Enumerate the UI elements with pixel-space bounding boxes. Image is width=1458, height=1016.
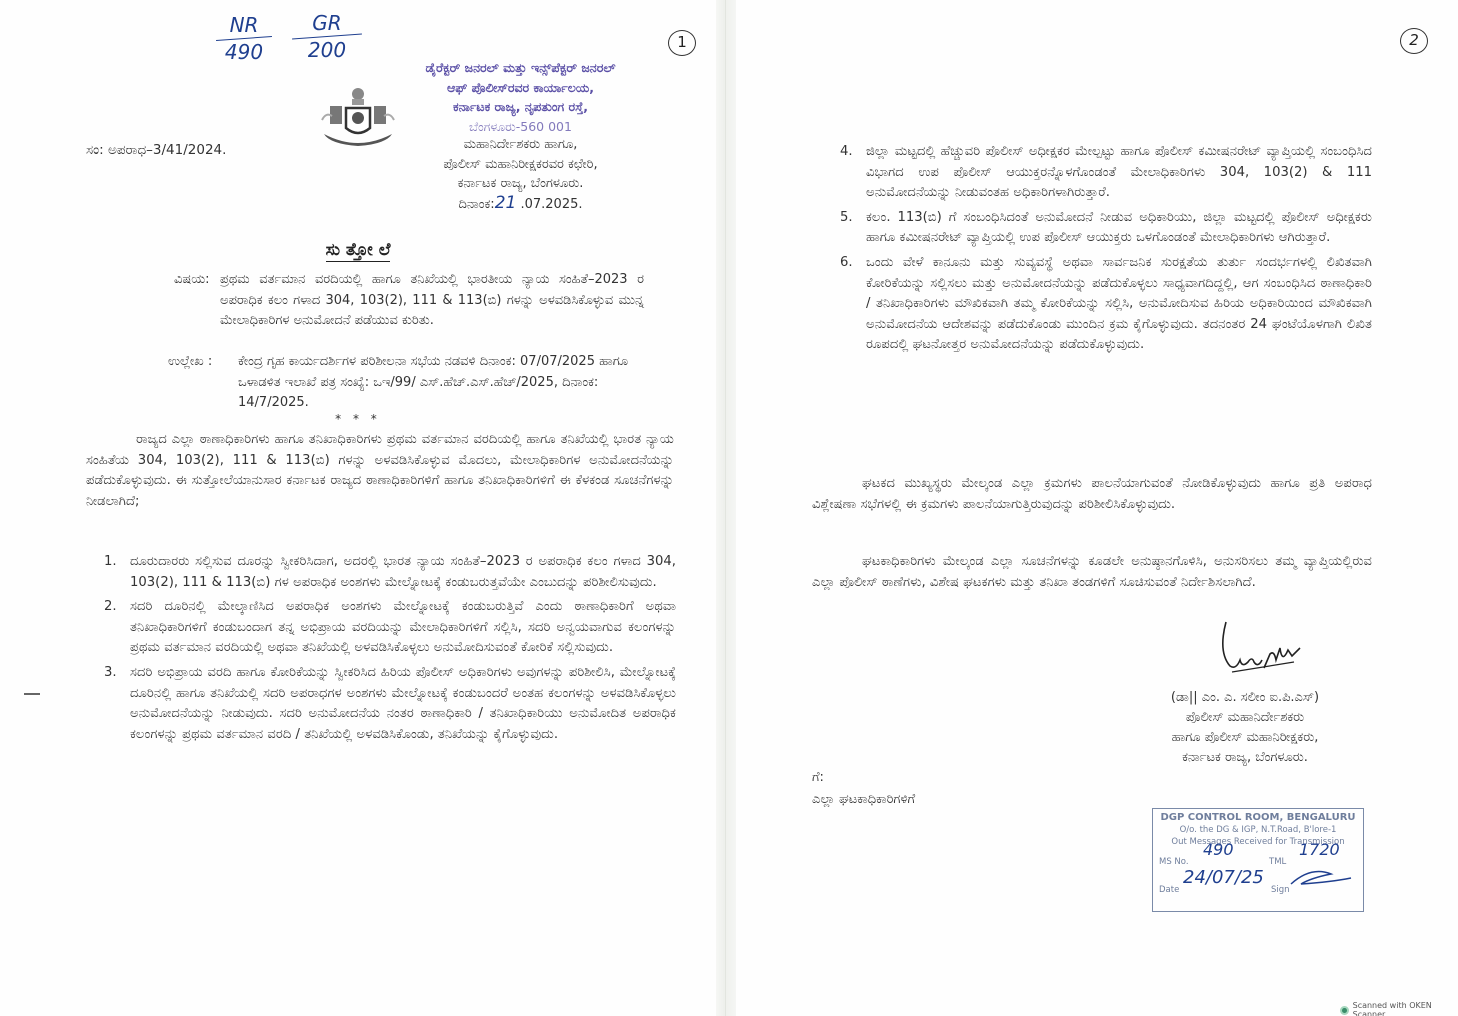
issue-date: ದಿನಾಂಕ:21 .07.2025. <box>408 194 633 215</box>
stamp-signature-icon <box>1287 864 1357 894</box>
reference-block: ಉಲ್ಲೇಖ : ಕೇಂದ್ರ ಗೃಹ ಕಾರ್ಯದರ್ಶಿಗಳ ಪರಿಶೀಲನ… <box>168 352 658 414</box>
scanner-text: Scanned with OKEN Scanner <box>1353 1001 1458 1016</box>
recipient-label: ಗೆ: <box>812 767 915 789</box>
item-number: 2. <box>104 597 117 618</box>
gr-value: 200 <box>292 39 362 61</box>
scanner-logo-icon <box>1340 1006 1349 1015</box>
item-text: ಜಿಲ್ಲಾ ಮಟ್ಟದಲ್ಲಿ ಹೆಚ್ಚುವರಿ ಪೊಲೀಸ್ ಅಧೀಕ್ಷ… <box>866 144 1372 200</box>
subject-label: ವಿಷಯ: <box>174 270 210 291</box>
gr-label: GR <box>292 12 362 34</box>
instructions-list-page-2: 4.ಜಿಲ್ಲಾ ಮಟ್ಟದಲ್ಲಿ ಹೆಚ್ಚುವರಿ ಪೊಲೀಸ್ ಅಧೀಕ… <box>840 142 1372 360</box>
issuing-office-block: ಮಹಾನಿರ್ದೇಶಕರು ಹಾಗೂ, ಪೊಲೀಸ್ ಮಹಾನಿರೀಕ್ಷಕರವ… <box>408 135 633 214</box>
designation-line: ಕರ್ನಾಟಕ ರಾಜ್ಯ, ಬೆಂಗಳೂರು. <box>1130 748 1360 768</box>
date-day-handwritten: 21 <box>495 193 517 213</box>
item-text: ಕಲಂ. 113(ಬಿ) ಗೆ ಸಂಬಂಧಿಸಿದಂತೆ ಅನುಮೋದನೆ ನೀ… <box>866 210 1372 246</box>
item-text: ದೂರುದಾರರು ಸಲ್ಲಿಸುವ ದೂರನ್ನು ಸ್ವೀಕರಿಸಿದಾಗ,… <box>130 554 676 590</box>
stamp-line: ಡೈರೆಕ್ಟರ್ ಜನರಲ್ ಮತ್ತು ಇನ್ಸ್‌ಪೆಕ್ಟರ್ ಜನರಲ… <box>408 58 633 78</box>
office-line: ಪೊಲೀಸ್ ಮಹಾನಿರೀಕ್ಷಕರವರ ಕಛೇರಿ, <box>408 155 633 175</box>
page-gutter-divider <box>716 0 736 1016</box>
handwritten-gr-number: GR 200 <box>292 12 362 61</box>
list-item: 3.ಸದರಿ ಅಭಿಪ್ರಾಯ ವರದಿ ಹಾಗೂ ಕೋರಿಕೆಯನ್ನು ಸ್… <box>104 663 676 745</box>
state-emblem-icon <box>318 84 398 154</box>
date-value: 24/07/25 <box>1183 872 1264 884</box>
stamp-line: ಬೆಂಗಳೂರು-560 001 <box>408 117 633 137</box>
margin-mark <box>24 693 40 695</box>
subject-block: ವಿಷಯ: ಪ್ರಥಮ ವರ್ತಮಾನ ವರದಿಯಲ್ಲಿ ಹಾಗೂ ತನಿಖೆ… <box>174 270 644 332</box>
recipient-text: ಎಲ್ಲಾ ಘಟಕಾಧಿಕಾರಿಗಳಿಗೆ <box>812 789 915 811</box>
ms-no-value: 490 <box>1203 844 1234 856</box>
signature-icon <box>1212 618 1312 678</box>
item-text: ಸದರಿ ಅಭಿಪ್ರಾಯ ವರದಿ ಹಾಗೂ ಕೋರಿಕೆಯನ್ನು ಸ್ವೀ… <box>130 665 676 742</box>
list-item: 1.ದೂರುದಾರರು ಸಲ್ಲಿಸುವ ದೂರನ್ನು ಸ್ವೀಕರಿಸಿದಾ… <box>104 552 676 593</box>
list-item: 6.ಒಂದು ವೇಳೆ ಕಾನೂನು ಮತ್ತು ಸುವ್ಯವಸ್ಥೆ ಅಥವಾ… <box>840 253 1372 356</box>
item-number: 6. <box>840 253 853 274</box>
time-value: 1720 <box>1299 844 1340 856</box>
list-item: 5.ಕಲಂ. 113(ಬಿ) ಗೆ ಸಂಬಂಧಿಸಿದಂತೆ ಅನುಮೋದನೆ … <box>840 208 1372 249</box>
stamp-line: ಆಫ್ ಪೊಲೀಸ್‌ರವರ ಕಾರ್ಯಾಲಯ, <box>408 78 633 98</box>
page-number-circle-1: 1 <box>668 30 696 56</box>
office-line: ಕರ್ನಾಟಕ ರಾಜ್ಯ, ಬೆಂಗಳೂರು. <box>408 174 633 194</box>
page-number-circle-2: 2 <box>1400 28 1428 54</box>
stamp-line: O/o. the DG & IGP, N.T.Road, B'lore-1 <box>1159 824 1357 836</box>
letterhead-office-stamp: ಡೈರೆಕ್ಟರ್ ಜನರಲ್ ಮತ್ತು ಇನ್ಸ್‌ಪೆಕ್ಟರ್ ಜನರಲ… <box>408 58 633 136</box>
item-number: 3. <box>104 663 117 684</box>
item-number: 1. <box>104 552 117 573</box>
section-separator: * * * <box>0 412 716 426</box>
scanner-watermark: Scanned with OKEN Scanner <box>1340 1001 1458 1016</box>
item-number: 5. <box>840 208 853 229</box>
handwritten-nr-number: NR 490 <box>216 14 272 63</box>
item-number: 4. <box>840 142 853 163</box>
reference-label: ಉಲ್ಲೇಖ : <box>168 352 212 373</box>
recipient-block: ಗೆ: ಎಲ್ಲಾ ಘಟಕಾಧಿಕಾರಿಗಳಿಗೆ <box>812 767 915 811</box>
date-month-year: .07.2025. <box>516 197 582 212</box>
stamp-line: ಕರ್ನಾಟಕ ರಾಜ್ಯ, ನೃಪತುಂಗ ರಸ್ತೆ, <box>408 97 633 117</box>
nr-value: 490 <box>216 41 272 63</box>
item-text: ಒಂದು ವೇಳೆ ಕಾನೂನು ಮತ್ತು ಸುವ್ಯವಸ್ಥೆ ಅಥವಾ ಸ… <box>866 255 1372 352</box>
date-label: Date <box>1159 884 1179 896</box>
date-label: ದಿನಾಂಕ: <box>458 197 494 212</box>
signatory-block: (ಡಾ|| ಎಂ. ಎ. ಸಲೀಂ ಐ.ಪಿ.ಎಸ್) ಪೊಲೀಸ್ ಮಹಾನಿ… <box>1130 688 1360 768</box>
unit-officers-paragraph: ಘಟಕಾಧಿಕಾರಿಗಳು ಮೇಲ್ಕಂಡ ಎಲ್ಲಾ ಸೂಚನೆಗಳನ್ನು … <box>812 552 1372 593</box>
circular-title: ಸು ತ್ತೋ ಲೆ <box>0 240 716 260</box>
title-text: ಸು ತ್ತೋ ಲೆ <box>326 240 391 262</box>
list-item: 4.ಜಿಲ್ಲಾ ಮಟ್ಟದಲ್ಲಿ ಹೆಚ್ಚುವರಿ ಪೊಲೀಸ್ ಅಧೀಕ… <box>840 142 1372 204</box>
subject-text: ಪ್ರಥಮ ವರ್ತಮಾನ ವರದಿಯಲ್ಲಿ ಹಾಗೂ ತನಿಖೆಯಲ್ಲಿ … <box>174 270 644 332</box>
office-line: ಮಹಾನಿರ್ದೇಶಕರು ಹಾಗೂ, <box>408 135 633 155</box>
signatory-name: (ಡಾ|| ಎಂ. ಎ. ಸಲೀಂ ಐ.ಪಿ.ಎಸ್) <box>1130 688 1360 708</box>
reference-text: ಕೇಂದ್ರ ಗೃಹ ಕಾರ್ಯದರ್ಶಿಗಳ ಪರಿಶೀಲನಾ ಸಭೆಯ ನಡ… <box>168 352 658 414</box>
time-label: TML <box>1269 856 1286 868</box>
designation-line: ಹಾಗೂ ಪೊಲೀಸ್ ಮಹಾನಿರೀಕ್ಷಕರು, <box>1130 728 1360 748</box>
stamp-date-sign-row: Date 24/07/25 Sign <box>1159 878 1357 896</box>
item-text: ಸದರಿ ದೂರಿನಲ್ಲಿ ಮೇಲ್ಕಾಣಿಸಿದ ಅಪರಾಧಿಕ ಅಂಶಗಳ… <box>130 599 676 655</box>
intro-paragraph: ರಾಜ್ಯದ ಎಲ್ಲಾ ಠಾಣಾಧಿಕಾರಿಗಳು ಹಾಗೂ ತನಿಖಾಧಿಕ… <box>86 430 674 512</box>
unit-heads-paragraph: ಘಟಕದ ಮುಖ್ಯಸ್ಥರು ಮೇಲ್ಕಂಡ ಎಲ್ಲಾ ಕ್ರಮಗಳು ಪಾ… <box>812 474 1372 515</box>
control-room-stamp: DGP CONTROL ROOM, BENGALURU O/o. the DG … <box>1152 808 1364 912</box>
reference-number: ಸಂ: ಅಪರಾಧ–3/41/2024. <box>86 142 226 158</box>
instructions-list-page-1: 1.ದೂರುದಾರರು ಸಲ್ಲಿಸುವ ದೂರನ್ನು ಸ್ವೀಕರಿಸಿದಾ… <box>104 552 676 749</box>
nr-label: NR <box>216 14 272 36</box>
designation-line: ಪೊಲೀಸ್ ಮಹಾನಿರ್ದೇಶಕರು <box>1130 708 1360 728</box>
list-item: 2.ಸದರಿ ದೂರಿನಲ್ಲಿ ಮೇಲ್ಕಾಣಿಸಿದ ಅಪರಾಧಿಕ ಅಂಶ… <box>104 597 676 659</box>
stamp-title: DGP CONTROL ROOM, BENGALURU <box>1159 812 1357 824</box>
